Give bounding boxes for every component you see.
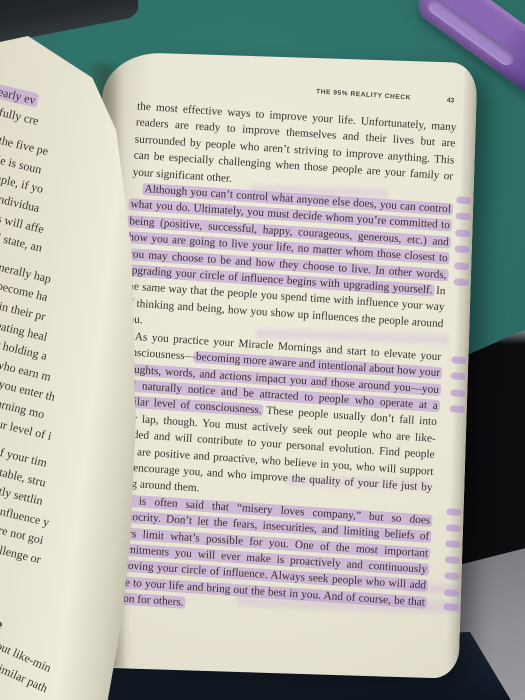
paragraph: As you practice your Miracle Mornings an… (111, 328, 441, 513)
edge-highlight-smudge (451, 356, 467, 364)
book-photo-scene: THE 95% REALITY CHECK 43 the most effect… (0, 0, 525, 700)
edge-highlight-smudge (446, 524, 462, 532)
text-segment: These people usually don’t fall into you… (112, 405, 438, 495)
running-header: THE 95% REALITY CHECK 43 (139, 77, 455, 105)
right-page: THE 95% REALITY CHECK 43 the most effect… (84, 51, 477, 678)
highlighted-text: It is often said that “misery loves comp… (104, 494, 431, 609)
edge-highlight-smudge (450, 389, 466, 397)
edge-highlight-smudge (455, 245, 471, 253)
highlighted-text: of success in nearly ev (0, 68, 37, 107)
edge-highlight-smudge (444, 572, 460, 580)
edge-highlight-smudge (454, 262, 470, 270)
left-text-fragment: of success in nearly ev (0, 68, 57, 111)
page-number: 43 (447, 97, 455, 104)
left-page-text-lower: l Influenceout seeking out like-minnd ar… (0, 592, 61, 658)
edge-highlight-smudge (453, 278, 469, 286)
text-segment: the most effective ways to improve your … (132, 100, 456, 184)
edge-highlight-smudge (456, 212, 472, 220)
page-text: the most effective ways to improve your … (104, 98, 457, 627)
text-segment: l Influence (0, 593, 5, 633)
edge-highlight-smudge (445, 556, 461, 564)
edge-highlight-smudge (449, 405, 465, 413)
edge-highlight-smudge (445, 540, 461, 548)
edge-highlight-smudge (446, 508, 462, 516)
left-page-text-upper: of success in nearly events to thoughtfu… (0, 68, 59, 546)
page-content: THE 95% REALITY CHECK 43 the most effect… (104, 77, 458, 628)
paragraph: Although you can’t control what anyone e… (122, 180, 451, 349)
highlighted-text: Although you can’t control what anyone e… (126, 183, 452, 296)
paragraph: It is often said that “misery loves comp… (104, 491, 431, 627)
edge-highlight-smudge (455, 229, 471, 237)
running-header-title: THE 95% REALITY CHECK (316, 88, 411, 101)
edge-highlight-smudge (456, 196, 472, 204)
edge-highlight-smudge (451, 372, 467, 380)
